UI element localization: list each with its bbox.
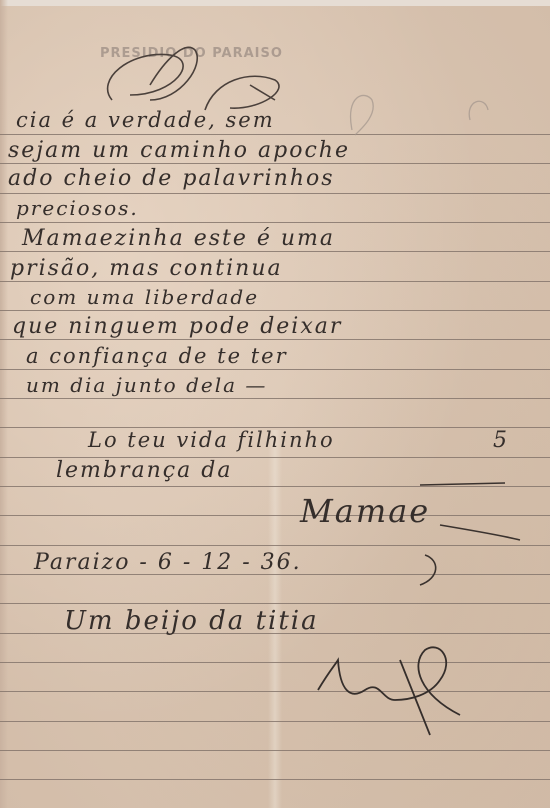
rule-line [0, 662, 550, 663]
signature-mamae: Mamae [300, 492, 430, 530]
rule-line [0, 545, 550, 546]
postscript-line: Um beijo da titia [64, 606, 319, 636]
rule-line [0, 251, 550, 252]
body-line-9: a confiança de te ter [26, 344, 288, 368]
closing-line-1: Lo teu vida filhinho [88, 428, 335, 452]
closing-mark: 5 [493, 428, 509, 453]
body-line-5: Mamaezinha este é uma [22, 226, 335, 251]
rule-line [0, 398, 550, 399]
body-line-2: sejam um caminho apoche [8, 138, 350, 163]
rule-line [0, 163, 550, 164]
rule-line [0, 369, 550, 370]
paper-left-edge [0, 0, 8, 808]
date-line: Paraizo - 6 - 12 - 36. [34, 550, 302, 575]
body-line-6: prisão, mas continua [10, 256, 283, 281]
body-line-7: com uma liberdade [30, 285, 259, 309]
body-line-3: ado cheio de palavrinhos [8, 166, 335, 191]
body-line-8: que ninguem pode deixar [12, 314, 342, 339]
body-line-4: preciosos. [16, 196, 139, 220]
rule-line [0, 486, 550, 487]
body-line-1: cia é a verdade, sem [16, 108, 275, 132]
closing-line-2: lembrança da [56, 458, 232, 483]
rule-line [0, 134, 550, 135]
letter-page: PRESIDIO DO PARAISO cia é a verdade, sem… [0, 0, 550, 808]
rule-line [0, 750, 550, 751]
rule-line [0, 339, 550, 340]
rule-line [0, 310, 550, 311]
letterhead-stamp: PRESIDIO DO PARAISO [100, 46, 283, 61]
rule-line [0, 691, 550, 692]
rule-line [0, 603, 550, 604]
rule-line [0, 779, 550, 780]
rule-line [0, 193, 550, 194]
rule-line [0, 515, 550, 516]
body-line-10: um dia junto dela — [26, 373, 267, 397]
rule-line [0, 281, 550, 282]
rule-line [0, 222, 550, 223]
rule-line [0, 721, 550, 722]
paper-top-edge [0, 0, 550, 6]
